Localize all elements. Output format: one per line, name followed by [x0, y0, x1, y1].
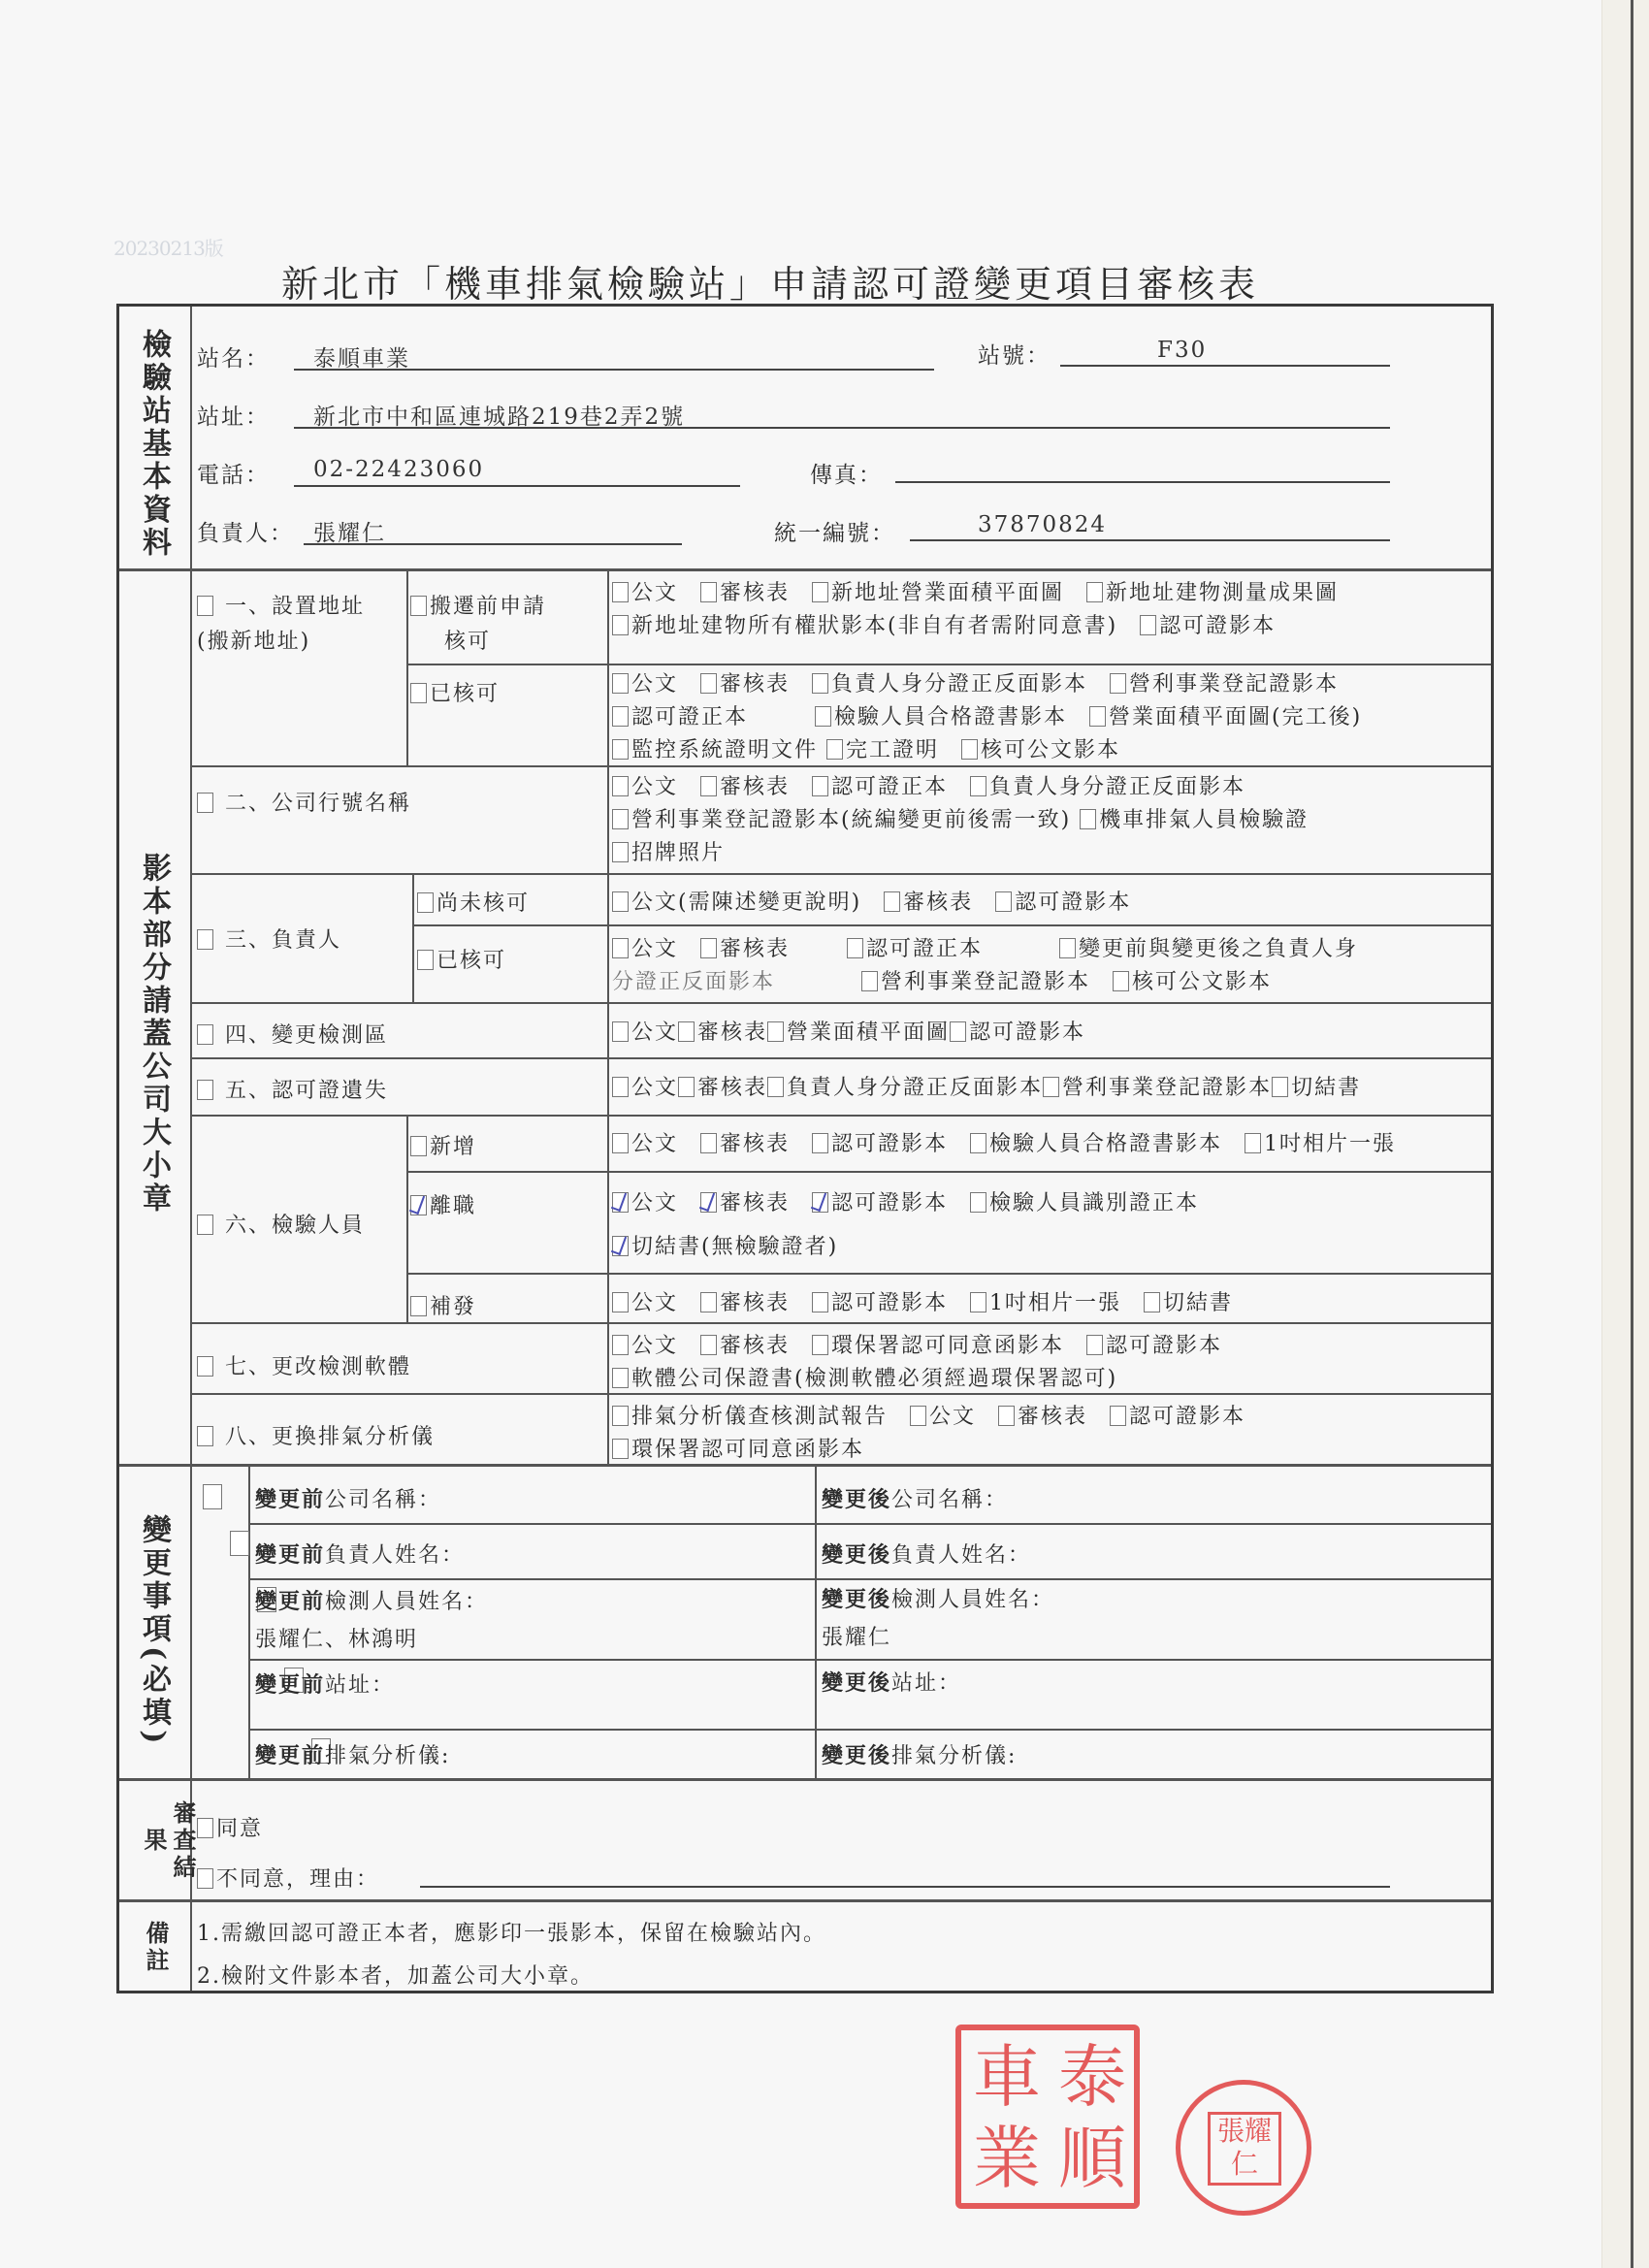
doc-checkbox[interactable] — [950, 1021, 966, 1042]
item1-sub2-label: 已核可 — [430, 682, 500, 706]
agree-checkbox[interactable] — [197, 1818, 213, 1838]
tax-id-underline — [910, 539, 1390, 541]
doc-label: 公文 — [929, 1405, 976, 1429]
doc-checkbox[interactable] — [612, 706, 629, 727]
doc-label: 審核表 — [720, 1191, 790, 1215]
after-prefix: 變更後 — [822, 1487, 891, 1512]
before-label: 排氣分析儀: — [325, 1744, 450, 1768]
review-section-label: 審查結果 — [139, 1793, 197, 1890]
row-divider — [190, 873, 1491, 875]
station-no-underline — [1060, 365, 1390, 367]
doc-label: 軟體公司保證書(檢測軟體必須經過環保署認可) — [631, 1367, 1117, 1391]
item3-sub1-label-row[interactable]: 尚未核可 — [417, 887, 530, 917]
row-divider — [248, 1659, 1491, 1661]
doc-label: 核可公文影本 — [1132, 970, 1272, 994]
doc-checkbox[interactable] — [812, 1335, 828, 1355]
doc-checkbox[interactable] — [812, 1292, 828, 1312]
item6-sub1-label-row[interactable]: 新增 — [410, 1130, 476, 1160]
row-divider — [406, 664, 1491, 665]
doc-checkbox[interactable] — [700, 1335, 717, 1355]
note-item-2: 2.檢附文件影本者，加蓋公司大小章。 — [197, 1960, 594, 1990]
doc-checkbox[interactable] — [1140, 615, 1156, 635]
doc-checkbox[interactable] — [612, 1021, 629, 1042]
doc-label: 審核表 — [1018, 1405, 1087, 1429]
doc-label: 負責人身分證正反面影本 — [831, 672, 1087, 697]
item8-docs-line2: 環保署認可同意函影本 — [612, 1433, 878, 1463]
personal-seal-text: 張耀仁 — [1208, 2112, 1281, 2186]
basic-info-section-label: 檢驗站基本資料 — [135, 328, 172, 561]
doc-label: 認可證正本 — [866, 937, 983, 961]
item8-label: 八、更換排氣分析儀 — [225, 1425, 435, 1449]
doc-label: 審核表 — [903, 891, 973, 915]
doc-checkbox[interactable] — [612, 842, 629, 862]
item5-docs-line1: 公文審核表負責人身分證正反面影本營利事業登記證影本切結書 — [612, 1071, 1361, 1101]
doc-label: 營業面積平面圖 — [787, 1021, 950, 1045]
doc-label: 1吋相片一張 — [1264, 1132, 1396, 1156]
doc-label: 切結書 — [1163, 1291, 1233, 1315]
item6-label: 六、檢驗人員 — [225, 1214, 365, 1238]
disagree-label: 不同意，理由： — [216, 1867, 379, 1892]
col-divider-docs — [607, 571, 609, 1464]
item6-sub2-checkbox-checked[interactable] — [410, 1195, 427, 1215]
doc-label: 認可證影本 — [1159, 614, 1276, 638]
doc-checkbox[interactable] — [1245, 1133, 1261, 1153]
doc-label: 營利事業登記證影本 — [881, 970, 1090, 994]
doc-label: 審核表 — [720, 1334, 790, 1358]
after-label: 負責人姓名： — [891, 1543, 1031, 1568]
phone-underline — [294, 485, 740, 487]
item2-checkbox[interactable] — [197, 793, 213, 813]
item3-sub1-label: 尚未核可 — [436, 891, 530, 916]
doc-label: 認可證影本 — [831, 1291, 948, 1315]
change-row3-before: 變更前檢測人員姓名： — [255, 1585, 488, 1615]
item2-docs-line2: 營利事業登記證影本(統編變更前後需一致) 機車排氣人員檢驗證 — [612, 803, 1322, 833]
doc-checkbox[interactable] — [970, 1133, 986, 1153]
doc-label: 認可證影本 — [831, 1132, 948, 1156]
change-row1-before: 變更前公司名稱： — [255, 1483, 441, 1513]
doc-label: 新地址建物測量成果圖 — [1106, 581, 1339, 605]
doc-label: 公文(需陳述變更說明) — [631, 891, 861, 915]
doc-label: 認可證影本 — [969, 1021, 1085, 1045]
doc-checkbox[interactable] — [612, 1335, 629, 1355]
station-no-label: 站號： — [978, 338, 1051, 370]
item3-label-row[interactable]: 三、負責人 — [197, 923, 341, 954]
doc-checkbox[interactable] — [612, 776, 629, 796]
item7-checkbox[interactable] — [197, 1356, 213, 1377]
after-label: 排氣分析儀: — [891, 1744, 1017, 1768]
col-divider-item3 — [412, 873, 414, 1002]
item7-docs-line1: 公文 審核表 環保署認可同意函影本 認可證影本 — [612, 1329, 1236, 1359]
item4-label-row[interactable]: 四、變更檢測區 — [197, 1019, 388, 1049]
item7-label-row[interactable]: 七、更改檢測軟體 — [197, 1350, 411, 1380]
item1-label: 一、設置地址 — [225, 595, 365, 619]
doc-label: 公文 — [631, 937, 678, 961]
change-row2-before: 變更前負責人姓名： — [255, 1539, 465, 1569]
item1-checkbox[interactable] — [197, 596, 213, 616]
change-row1-checkbox[interactable] — [203, 1484, 222, 1509]
section-divider-basic — [119, 568, 1491, 571]
doc-label: 檢驗人員合格證書影本 — [989, 1132, 1222, 1156]
doc-label: 營利事業登記證影本 — [1129, 672, 1339, 697]
doc-checkbox[interactable] — [1144, 1292, 1160, 1312]
row-divider — [406, 1171, 1491, 1173]
doc-checkbox[interactable] — [700, 673, 717, 694]
doc-label: 變更前與變更後之負責人身 — [1079, 937, 1358, 961]
station-no-value[interactable]: F30 — [1157, 338, 1207, 363]
before-label: 站址： — [325, 1673, 395, 1698]
doc-checkbox[interactable] — [700, 1133, 717, 1153]
item1-sub2-checkbox[interactable] — [410, 683, 427, 703]
doc-label: 機車排氣人員檢驗證 — [1099, 808, 1309, 832]
owner-label: 負責人： — [197, 515, 294, 547]
before-label: 檢測人員姓名： — [325, 1590, 488, 1614]
doc-label: 核可公文影本 — [981, 738, 1120, 762]
item1-sub2-docs-line2: 認可證正本 檢驗人員合格證書影本 營業面積平面圖(完工後) — [612, 700, 1375, 730]
row-divider — [406, 1273, 1491, 1275]
doc-checkbox[interactable] — [995, 891, 1012, 912]
doc-label: 審核表 — [720, 672, 790, 697]
doc-label: 切結書 — [1291, 1076, 1361, 1100]
doc-checkbox[interactable] — [1113, 971, 1129, 991]
change-row4-after: 變更後站址： — [822, 1667, 961, 1697]
doc-checkbox[interactable] — [678, 1021, 695, 1042]
seal-char: 泰 — [1058, 2036, 1126, 2118]
doc-checkbox[interactable] — [861, 971, 878, 991]
item8-label-row[interactable]: 八、更換排氣分析儀 — [197, 1420, 435, 1450]
doc-label: 審核表 — [697, 1021, 767, 1045]
doc-label: 負責人身分證正反面影本 — [989, 775, 1245, 799]
item5-label: 五、認可證遺失 — [225, 1079, 388, 1103]
item6-sub3-docs-line1: 公文 審核表 認可證影本 1吋相片一張 切結書 — [612, 1286, 1246, 1316]
doc-label: 1吋相片一張 — [989, 1291, 1121, 1315]
item3-sub1-docs-line1: 公文(需陳述變更說明) 審核表 認可證影本 — [612, 886, 1145, 916]
doc-checkbox[interactable] — [700, 776, 717, 796]
before-prefix: 變更前 — [255, 1487, 325, 1512]
doc-checkbox[interactable] — [612, 1292, 629, 1312]
doc-checkbox[interactable] — [1272, 1077, 1288, 1097]
item1-sub2-docs-line3: 監控系統證明文件 完工證明 核可公文影本 — [612, 733, 1134, 763]
doc-checkbox[interactable] — [910, 1406, 926, 1426]
item5-label-row[interactable]: 五、認可證遺失 — [197, 1074, 388, 1104]
row-divider — [248, 1578, 1491, 1580]
item6-sub1-checkbox[interactable] — [410, 1136, 427, 1156]
form-version: 20230213版 — [113, 233, 223, 261]
item6-sub3-label-row[interactable]: 補發 — [410, 1290, 476, 1320]
doc-checkbox[interactable] — [612, 1133, 629, 1153]
item6-sub2-label-row[interactable]: 離職 — [410, 1189, 476, 1219]
form-title: 新北市「機車排氣檢驗站」申請認可證變更項目審核表 — [281, 254, 1259, 308]
change-row4-before: 變更前站址： — [255, 1669, 395, 1699]
doc-checkbox-checked[interactable] — [612, 1192, 629, 1213]
tax-id-value[interactable]: 37870824 — [978, 512, 1107, 537]
change-row3-after: 變更後檢測人員姓名： — [822, 1583, 1054, 1613]
item2-label: 二、公司行號名稱 — [225, 792, 411, 816]
doc-checkbox[interactable] — [815, 706, 831, 727]
doc-checkbox[interactable] — [1089, 706, 1106, 727]
row-divider — [190, 1393, 1491, 1395]
note-item-1: 1.需繳回認可證正本者，應影印一張影本，保留在檢驗站內。 — [197, 1917, 826, 1947]
disagree-reason-underline — [420, 1886, 1390, 1888]
seal-char: 順 — [1058, 2118, 1126, 2199]
item6-sub1-label: 新增 — [430, 1135, 476, 1159]
before-prefix: 變更前 — [255, 1542, 325, 1568]
after-prefix: 變更後 — [822, 1670, 891, 1696]
item3-sub2-docs-line1: 公文 審核表 認可證正本 變更前與變更後之負責人身 — [612, 932, 1372, 962]
seal-char: 車 — [973, 2036, 1041, 2118]
row-divider — [190, 765, 1491, 767]
item1-label-row[interactable]: 一、設置地址 — [197, 590, 365, 620]
change-row2-checkbox[interactable] — [230, 1531, 249, 1556]
item2-label-row[interactable]: 二、公司行號名稱 — [197, 787, 411, 817]
doc-checkbox[interactable] — [678, 1077, 695, 1097]
section-divider-copies — [119, 1464, 1491, 1467]
doc-label: 審核表 — [720, 1291, 790, 1315]
personal-seal-stamp: 張耀仁 — [1176, 2080, 1311, 2216]
doc-checkbox[interactable] — [812, 673, 828, 694]
row-divider — [248, 1523, 1491, 1525]
item4-docs-line1: 公文審核表營業面積平面圖認可證影本 — [612, 1016, 1085, 1046]
doc-checkbox[interactable] — [1086, 582, 1103, 602]
item1-sub2-docs-line1: 公文 審核表 負責人身分證正反面影本 營利事業登記證影本 — [612, 667, 1352, 697]
after-label: 檢測人員姓名： — [891, 1588, 1054, 1612]
item3-sub2-label: 已核可 — [436, 949, 506, 973]
item6-sub2-docs-line2: 切結書(無檢驗證者) — [612, 1230, 852, 1260]
after-label: 站址： — [891, 1671, 961, 1696]
before-label: 負責人姓名： — [325, 1543, 465, 1568]
doc-checkbox[interactable] — [700, 938, 717, 958]
doc-label: 公文 — [631, 1021, 678, 1045]
item1-sub1-docs-line1: 公文 審核表 新地址營業面積平面圖 新地址建物測量成果圖 — [612, 576, 1352, 606]
doc-checkbox[interactable] — [612, 1439, 629, 1459]
doc-checkbox[interactable] — [998, 1406, 1015, 1426]
item4-label: 四、變更檢測區 — [225, 1023, 388, 1048]
doc-checkbox[interactable] — [700, 1292, 717, 1312]
item3-sub2-label-row[interactable]: 已核可 — [417, 944, 506, 974]
item7-docs-line2: 軟體公司保證書(檢測軟體必須經過環保署認可) — [612, 1362, 1131, 1392]
address-underline — [294, 427, 1390, 429]
fax-label: 傳真： — [810, 457, 883, 489]
doc-checkbox[interactable] — [812, 582, 828, 602]
changes-checkbox-divider — [248, 1467, 250, 1778]
doc-label: 環保署認可同意函影本 — [631, 1438, 864, 1462]
after-prefix: 變更後 — [822, 1743, 891, 1768]
doc-label: 認可證影本 — [831, 1191, 948, 1215]
after-label: 公司名稱： — [891, 1488, 1008, 1512]
doc-checkbox-checked[interactable] — [812, 1192, 828, 1213]
item1-sub1-label-row[interactable]: 搬遷前申請 — [410, 590, 546, 620]
doc-label: 審核表 — [697, 1076, 767, 1100]
doc-checkbox[interactable] — [847, 938, 863, 958]
item6-sub3-checkbox[interactable] — [410, 1296, 427, 1316]
doc-checkbox[interactable] — [970, 776, 986, 796]
scan-page-edge — [1601, 0, 1649, 2268]
doc-label: 完工證明 — [846, 738, 939, 762]
scan-edge-line — [1631, 0, 1633, 2268]
doc-checkbox[interactable] — [612, 809, 629, 829]
item1-sublabel: (搬新地址) — [197, 625, 310, 655]
doc-label: 認可證正本 — [831, 775, 948, 799]
item6-sub2-docs-line1: 公文 審核表 認可證影本 檢驗人員識別證正本 — [612, 1186, 1212, 1216]
before-label: 公司名稱： — [325, 1488, 441, 1512]
doc-checkbox[interactable] — [1059, 938, 1076, 958]
doc-checkbox[interactable] — [970, 1192, 986, 1213]
row-divider — [190, 1057, 1491, 1059]
doc-label: 檢驗人員合格證書影本 — [834, 705, 1067, 729]
doc-checkbox[interactable] — [612, 938, 629, 958]
item3-sub2-docs-line2: 分證正反面影本 營利事業登記證影本 核可公文影本 — [612, 965, 1285, 995]
disagree-checkbox[interactable] — [197, 1868, 213, 1889]
doc-label: 新地址建物所有權狀影本(非自有者需附同意書) — [631, 614, 1117, 638]
doc-checkbox[interactable] — [612, 1406, 629, 1426]
doc-label: 監控系統證明文件 — [631, 738, 818, 762]
col-divider-item6 — [406, 1115, 408, 1322]
item7-label: 七、更改檢測軟體 — [225, 1355, 411, 1379]
address-label: 站址： — [197, 399, 270, 431]
doc-checkbox[interactable] — [612, 1368, 629, 1388]
doc-label: 切結書(無檢驗證者) — [631, 1235, 838, 1259]
phone-label: 電話： — [197, 457, 270, 489]
doc-label: 負責人身分證正反面影本 — [787, 1076, 1043, 1100]
item1-sub1-docs-line2: 新地址建物所有權狀影本(非自有者需附同意書) 認可證影本 — [612, 609, 1289, 639]
doc-checkbox[interactable] — [1110, 673, 1126, 694]
change-row5-before: 變更前排氣分析儀: — [255, 1739, 450, 1769]
doc-label: 認可證影本 — [1106, 1334, 1222, 1358]
change-row3-after-value[interactable]: 張耀仁 — [822, 1621, 891, 1651]
phone-value[interactable]: 02-22423060 — [313, 457, 484, 482]
item1-sub1-label: 搬遷前申請 — [430, 595, 546, 619]
doc-checkbox[interactable] — [612, 673, 629, 694]
change-row1-after: 變更後公司名稱： — [822, 1483, 1008, 1513]
doc-label: 公文 — [631, 775, 678, 799]
item2-docs-line3: 招牌照片 — [612, 836, 738, 866]
doc-label: 檢驗人員識別證正本 — [989, 1191, 1199, 1215]
copies-section-label: 影本部分請蓋公司大小章 — [135, 830, 172, 1238]
changes-section-label: 變更事項(必填) — [135, 1500, 172, 1762]
doc-label: 審核表 — [720, 1132, 790, 1156]
doc-checkbox[interactable] — [700, 582, 717, 602]
row-divider — [248, 1729, 1491, 1731]
item4-checkbox[interactable] — [197, 1024, 213, 1045]
doc-checkbox[interactable] — [767, 1021, 784, 1042]
doc-checkbox[interactable] — [767, 1077, 784, 1097]
item2-docs-line1: 公文 審核表 認可證正本 負責人身分證正反面影本 — [612, 770, 1259, 800]
doc-label: 審核表 — [720, 775, 790, 799]
before-prefix: 變更前 — [255, 1672, 325, 1698]
row-divider — [190, 1322, 1491, 1324]
item6-checkbox[interactable] — [197, 1215, 213, 1235]
doc-label: 營業面積平面圖(完工後) — [1109, 705, 1362, 729]
item8-checkbox[interactable] — [197, 1426, 213, 1446]
doc-checkbox[interactable] — [970, 1292, 986, 1312]
doc-checkbox[interactable] — [612, 615, 629, 635]
doc-label: 公文 — [631, 1191, 678, 1215]
doc-checkbox[interactable] — [612, 891, 629, 912]
item6-label-row[interactable]: 六、檢驗人員 — [197, 1209, 365, 1239]
notes-section-label: 備註 — [141, 1917, 170, 1979]
item6-sub1-docs-line1: 公文 審核表 認可證影本 檢驗人員合格證書影本 1吋相片一張 — [612, 1127, 1409, 1157]
change-row3-before-value[interactable]: 張耀仁、林鴻明 — [255, 1623, 418, 1653]
item3-label: 三、負責人 — [225, 928, 341, 953]
doc-checkbox[interactable] — [1043, 1077, 1059, 1097]
doc-checkbox[interactable] — [812, 776, 828, 796]
doc-checkbox[interactable] — [612, 1077, 629, 1097]
disagree-option[interactable]: 不同意，理由： — [197, 1863, 379, 1893]
doc-checkbox[interactable] — [612, 582, 629, 602]
left-column-divider — [190, 307, 192, 1991]
doc-label: 營利事業登記證影本(統編變更前後需一致) — [631, 808, 1071, 832]
doc-checkbox[interactable] — [812, 1133, 828, 1153]
item5-checkbox[interactable] — [197, 1080, 213, 1100]
agree-label: 同意 — [216, 1817, 263, 1841]
col-divider-item1 — [406, 571, 408, 765]
doc-label: 公文 — [631, 1076, 678, 1100]
item8-docs-line1: 排氣分析儀查核測試報告 公文 審核表 認可證影本 — [612, 1400, 1259, 1430]
doc-label: 審核表 — [720, 581, 790, 605]
item3-sub1-checkbox[interactable] — [417, 892, 434, 913]
doc-checkbox[interactable] — [1080, 809, 1096, 829]
doc-label: 招牌照片 — [631, 841, 725, 865]
doc-label: 公文 — [631, 1334, 678, 1358]
fax-underline — [895, 481, 1390, 483]
doc-checkbox-checked[interactable] — [700, 1192, 717, 1213]
before-prefix: 變更前 — [255, 1589, 325, 1614]
item6-sub3-label: 補發 — [430, 1295, 476, 1319]
item3-sub2-checkbox[interactable] — [417, 950, 434, 970]
company-seal-stamp: 泰 順 車 業 — [955, 2025, 1140, 2209]
doc-checkbox[interactable] — [612, 739, 629, 760]
doc-checkbox[interactable] — [961, 739, 978, 760]
doc-label: 認可證影本 — [1129, 1405, 1245, 1429]
after-prefix: 變更後 — [822, 1542, 891, 1568]
doc-label: 認可證正本 — [631, 705, 748, 729]
doc-label: 公文 — [631, 581, 678, 605]
change-row5-after: 變更後排氣分析儀: — [822, 1739, 1017, 1769]
row-divider — [190, 1115, 1491, 1117]
owner-underline — [304, 543, 682, 545]
station-name-underline — [294, 369, 934, 371]
doc-checkbox[interactable] — [1110, 1406, 1126, 1426]
item1-sub1-label-cont: 核可 — [444, 625, 491, 655]
doc-label: 新地址營業面積平面圖 — [831, 581, 1064, 605]
doc-checkbox[interactable] — [884, 891, 900, 912]
doc-label: 公文 — [631, 672, 678, 697]
after-prefix: 變更後 — [822, 1587, 891, 1612]
doc-label: 審核表 — [720, 937, 790, 961]
station-name-label: 站名： — [197, 340, 270, 373]
change-row2-after: 變更後負責人姓名： — [822, 1539, 1031, 1569]
doc-label: 認可證影本 — [1015, 891, 1131, 915]
before-prefix: 變更前 — [255, 1743, 325, 1768]
doc-checkbox[interactable] — [826, 739, 843, 760]
item3-checkbox[interactable] — [197, 929, 213, 950]
doc-label: 公文 — [631, 1132, 678, 1156]
review-form: 檢驗站基本資料 站名： 泰順車業 站號： F30 站址： 新北市中和區連城路21… — [116, 304, 1494, 1993]
doc-label: 環保署認可同意函影本 — [831, 1334, 1064, 1358]
item1-sub1-checkbox[interactable] — [410, 596, 427, 616]
item6-sub2-label: 離職 — [430, 1194, 476, 1218]
agree-option[interactable]: 同意 — [197, 1812, 263, 1842]
item1-sub2-label-row[interactable]: 已核可 — [410, 677, 500, 707]
doc-label: 公文 — [631, 1291, 678, 1315]
doc-checkbox[interactable] — [1086, 1335, 1103, 1355]
doc-label: 營利事業登記證影本 — [1062, 1076, 1272, 1100]
row-divider — [412, 924, 1491, 926]
section-divider-changes — [119, 1778, 1491, 1781]
doc-checkbox-checked[interactable] — [612, 1236, 629, 1256]
section-divider-review — [119, 1899, 1491, 1902]
changes-before-after-divider — [815, 1467, 817, 1778]
tax-id-label: 統一編號： — [774, 515, 895, 547]
